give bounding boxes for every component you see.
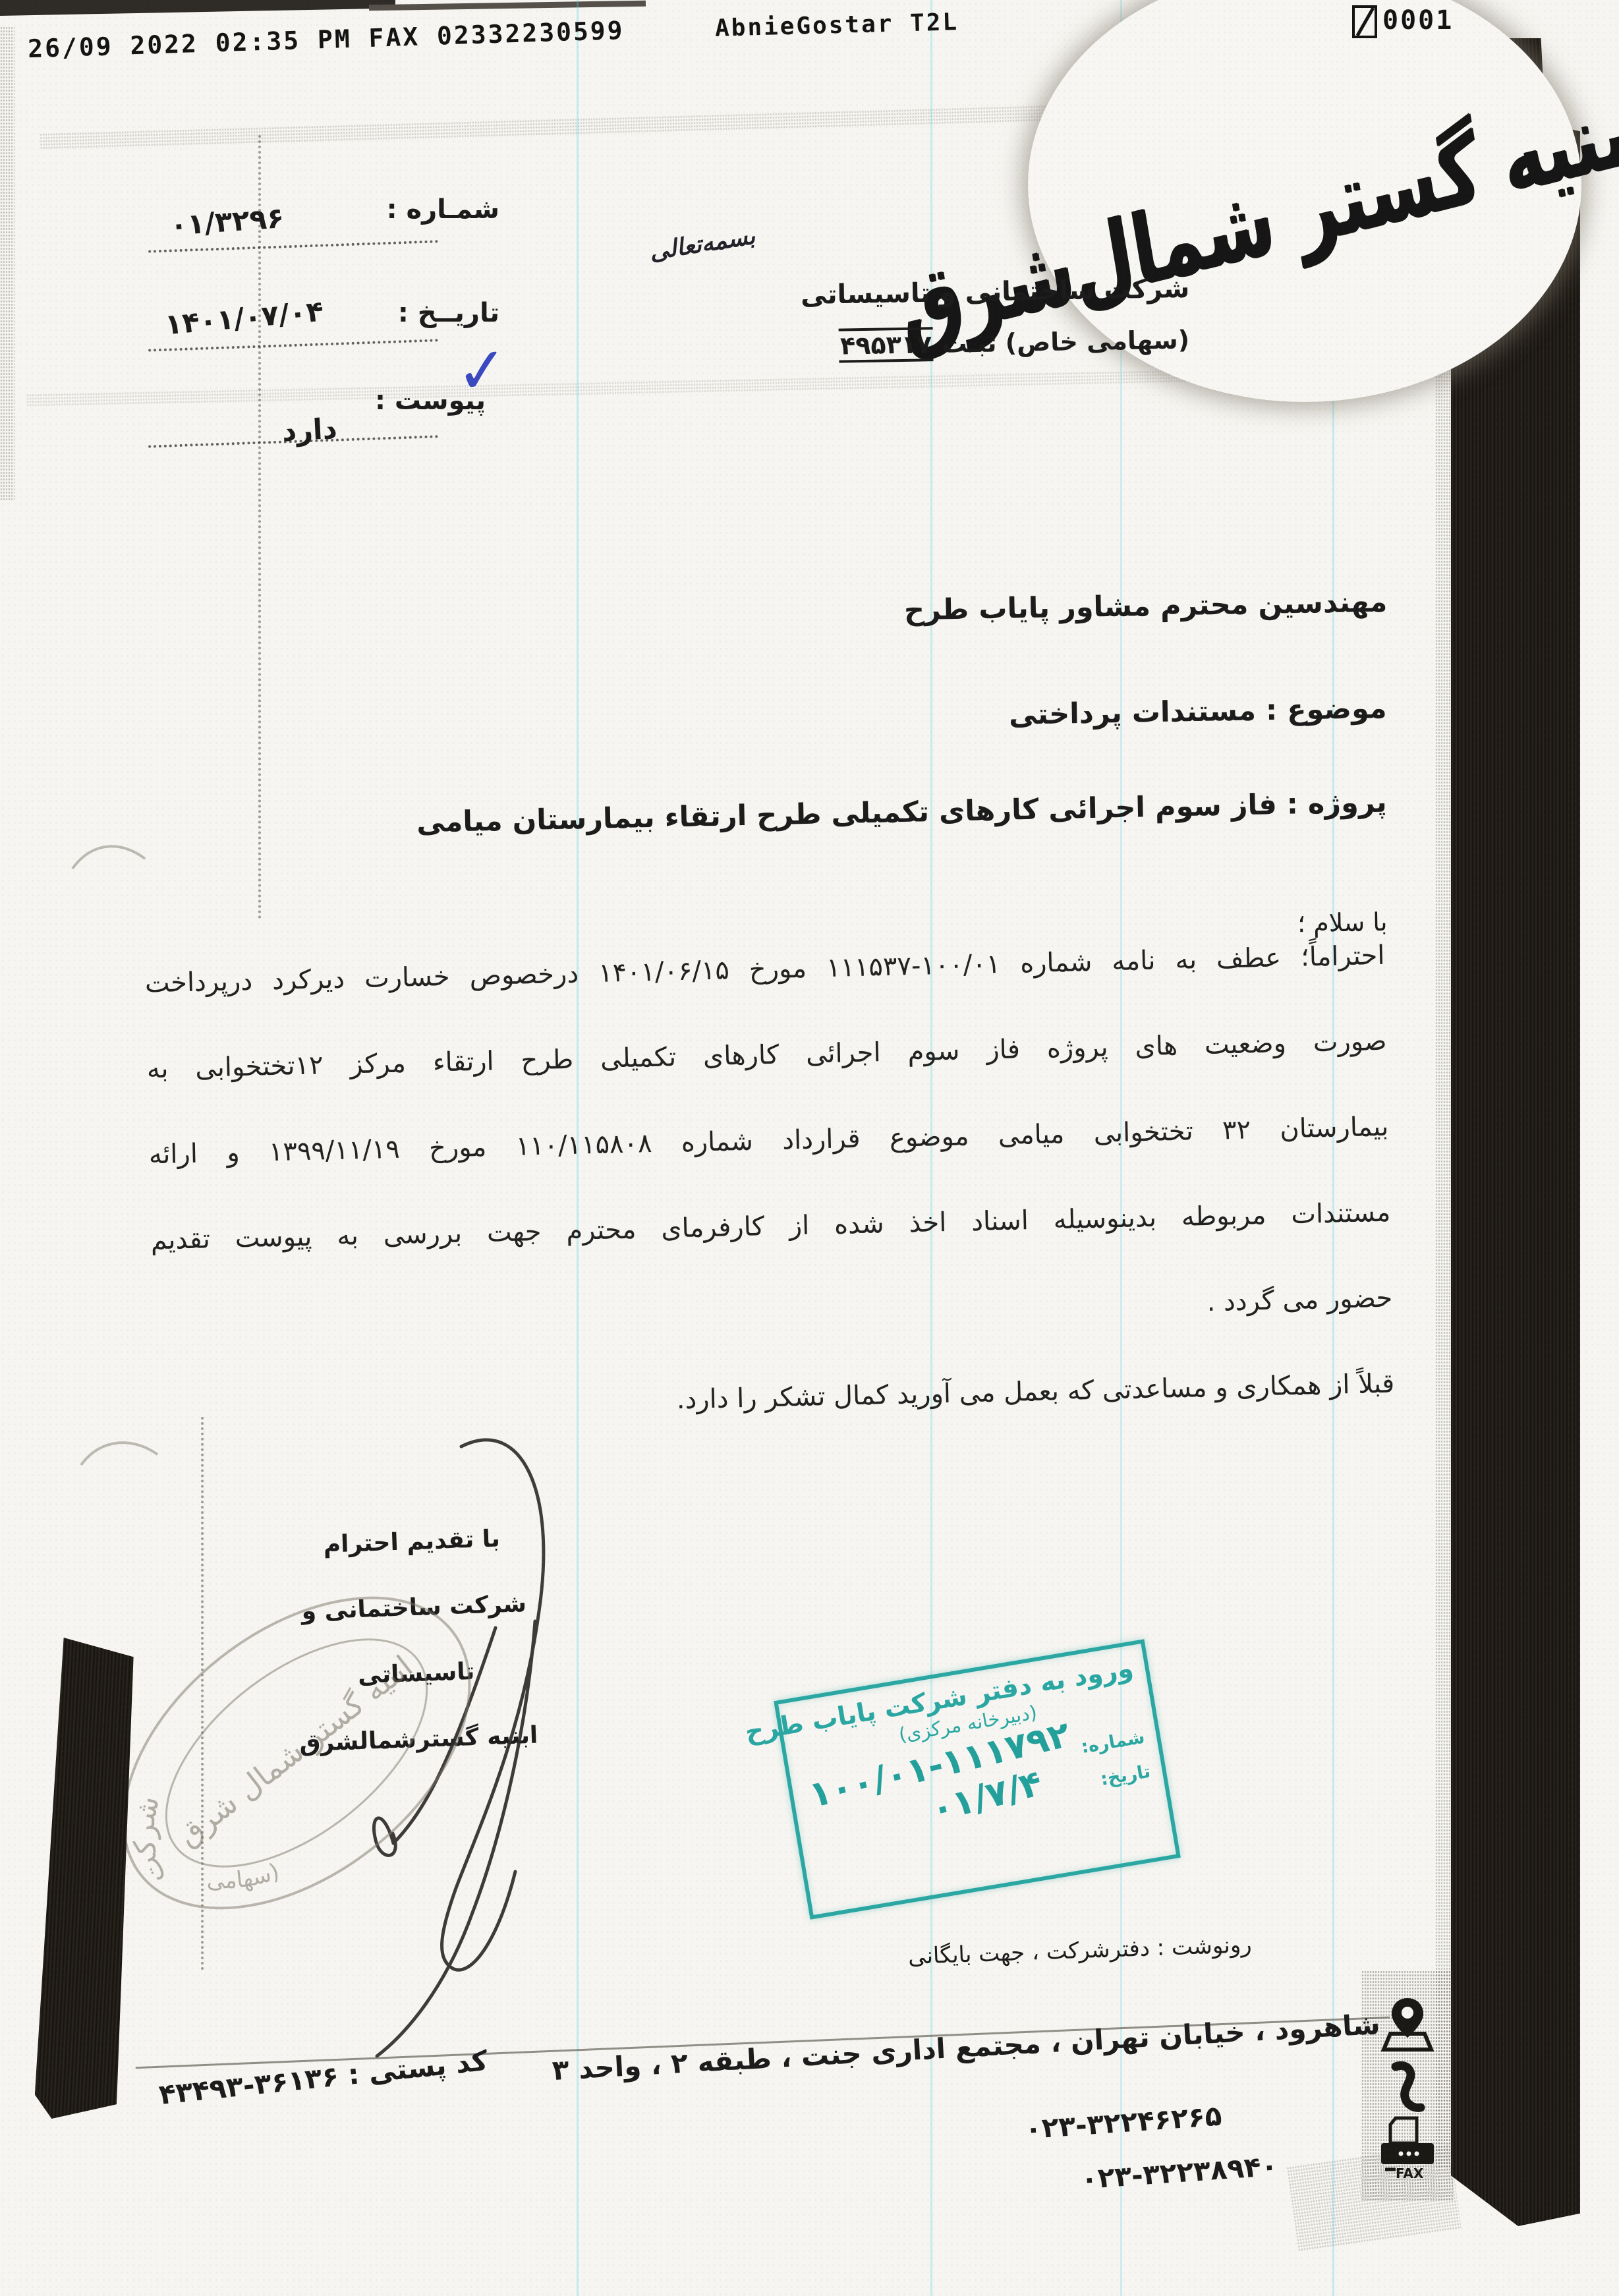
subject-line: موضوع : مستندات پرداختی (1009, 692, 1387, 732)
cc-line: رونوشت : دفترشرکت ، جهت بایگانی (908, 1932, 1253, 1970)
scan-artifact-top-line (369, 1, 646, 11)
salutation-line: با سلام ؛ (1297, 907, 1387, 938)
scan-artifact-strip-fringe (1435, 152, 1452, 2168)
phone-icon (1384, 2061, 1430, 2113)
map-pin-icon (1378, 1995, 1436, 2052)
scan-artifact-left-edge (0, 26, 14, 501)
recipient-line: مهندسین محترم مشاور پایاب طرح (903, 586, 1387, 627)
field-number-dotted-line (148, 240, 438, 252)
field-date-label: تاریــخ : (398, 298, 499, 328)
fax-transmission-line: 26/09 2022 02:35 PM FAX 02332230599 (28, 16, 625, 63)
fax-icon: FAX (1376, 2117, 1439, 2180)
footer-phone-2: ۰۲۳-۳۲۲۳۸۹۴۰ (1080, 2150, 1279, 2196)
footer-postal-code: کد پستی : ۳۶۱۳۶-۴۳۴۹۳ (157, 2044, 490, 2111)
fax-page-number: 0001 (1382, 5, 1454, 36)
fold-line-upper (258, 135, 261, 919)
fax-icon-label: FAX (1396, 2166, 1423, 2181)
scanned-fax-letter: ابنیه گستر شمال‌شرق شرکت ساختمانی و تاسی… (0, 0, 1619, 2296)
pencil-mark-lower (76, 1433, 168, 1479)
company-round-stamp: شرکت ساختمانی وتأسیساتی (سهامی خاص) ابنی… (72, 1529, 521, 1977)
project-line: پروژه : فاز سوم اجرائی کارهای تکمیلی طرح… (416, 786, 1387, 840)
field-date-dotted-line (148, 339, 438, 351)
bismillah-text: بسمه‌تعالی (648, 223, 757, 266)
letterhead-registration: (سهامی خاص) ثبـت ۴۹۵۳۱۷ (839, 325, 1190, 360)
field-number-value: ۰۱/۳۲۹۶ (169, 202, 285, 243)
field-attachment-label: پیوست : (375, 386, 486, 416)
field-number-label: شمـاره : (387, 194, 499, 225)
field-attachment-value: دارد (281, 413, 338, 448)
registration-number: ۴۹۵۳۱۷ (839, 327, 934, 362)
scan-artifact-right-strip (1451, 119, 1580, 2226)
registration-prefix: (سهامی خاص) ثبـت (942, 325, 1189, 359)
field-date-value: ۱۴۰۱/۰۷/۰۴ (163, 295, 325, 342)
entry-stamp-date-label: تاریخ: (1099, 1762, 1152, 1790)
pencil-mark-upper (66, 836, 158, 882)
scan-artifact-top-wedge (0, 0, 395, 16)
fax-page-indicator: 0001 (1351, 5, 1454, 38)
fax-page-icon (1351, 5, 1378, 38)
letter-body: احتراماً؛ عطف به نامه شماره ۱۰۰/۰۱-۱۱۱۵۳… (144, 940, 1396, 1482)
footer-phone-1: ۰۲۳-۳۲۲۴۶۲۶۵ (1024, 2100, 1223, 2146)
scan-artifact-left-blob (34, 1638, 141, 2119)
footer-address: شاهرود ، خیابان تهران ، مجتمع اداری جنت … (551, 2008, 1380, 2086)
round-stamp-text-center: ابنیه گستر شمال شرق (171, 1648, 420, 1854)
fax-sender-id: AbnieGostar T2L (715, 9, 959, 42)
